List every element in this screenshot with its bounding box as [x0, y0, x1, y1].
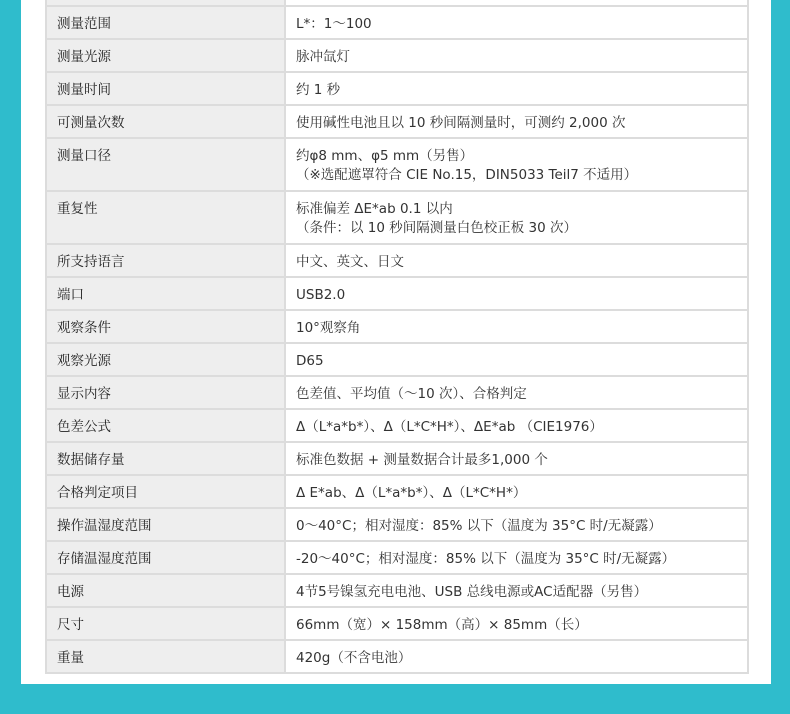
content-panel: 测量范围 L*：1～100 测量光源 脉冲氙灯 测量时间 约 1 秒 可测量次数… — [21, 0, 771, 684]
table-row: 合格判定项目 Δ E*ab、Δ（L*a*b*）、Δ（L*C*H*） — [46, 475, 748, 508]
table-row: 所支持语言 中文、英文、日文 — [46, 244, 748, 277]
spec-label: 测量范围 — [46, 6, 285, 39]
table-row: 可测量次数 使用碱性电池且以 10 秒间隔测量时，可测约 2,000 次 — [46, 105, 748, 138]
spec-value: -20～40°C；相对湿度：85% 以下（温度为 35°C 时/无凝露） — [285, 541, 748, 574]
spec-label: 测量时间 — [46, 72, 285, 105]
spec-value-text: 色差值、平均值（～10 次）、合格判定 — [296, 385, 737, 404]
spec-value: Δ（L*a*b*）、Δ（L*C*H*）、ΔE*ab （CIE1976） — [285, 409, 748, 442]
spec-value: 标准偏差 ΔE*ab 0.1 以内 （条件：以 10 秒间隔测量白色校正板 30… — [285, 191, 748, 244]
spec-value-text: Δ（L*a*b*）、Δ（L*C*H*）、ΔE*ab （CIE1976） — [296, 418, 737, 437]
spec-value: 4节5号镍氢充电电池、USB 总线电源或AC适配器（另售） — [285, 574, 748, 607]
table-row: 观察光源 D65 — [46, 343, 748, 376]
spec-label: 数据储存量 — [46, 442, 285, 475]
spec-value-text: Δ E*ab、Δ（L*a*b*）、Δ（L*C*H*） — [296, 484, 737, 503]
spec-label: 重复性 — [46, 191, 285, 244]
spec-value: 脉冲氙灯 — [285, 39, 748, 72]
spec-value: 420g（不含电池） — [285, 640, 748, 673]
spec-value-text: 4节5号镍氢充电电池、USB 总线电源或AC适配器（另售） — [296, 583, 737, 602]
spec-value-text: 约 1 秒 — [296, 81, 737, 100]
spec-label: 观察光源 — [46, 343, 285, 376]
spec-label: 操作温湿度范围 — [46, 508, 285, 541]
table-row: 端口 USB2.0 — [46, 277, 748, 310]
spec-label: 可测量次数 — [46, 105, 285, 138]
spec-value: 色差值、平均值（～10 次）、合格判定 — [285, 376, 748, 409]
table-row: 色差公式 Δ（L*a*b*）、Δ（L*C*H*）、ΔE*ab （CIE1976） — [46, 409, 748, 442]
spec-label: 所支持语言 — [46, 244, 285, 277]
spec-value-text: 0～40°C；相对湿度：85% 以下（温度为 35°C 时/无凝露） — [296, 517, 737, 536]
spec-value-text: D65 — [296, 352, 737, 371]
spec-value: 66mm（宽）× 158mm（高）× 85mm（长） — [285, 607, 748, 640]
spec-value-text: 10°观察角 — [296, 319, 737, 338]
spec-label: 端口 — [46, 277, 285, 310]
spec-value: 约 1 秒 — [285, 72, 748, 105]
spec-value: 0～40°C；相对湿度：85% 以下（温度为 35°C 时/无凝露） — [285, 508, 748, 541]
table-row: 重复性 标准偏差 ΔE*ab 0.1 以内 （条件：以 10 秒间隔测量白色校正… — [46, 191, 748, 244]
spec-label: 显示内容 — [46, 376, 285, 409]
spec-value: 约φ8 mm、φ5 mm（另售） （※选配遮罩符合 CIE No.15，DIN5… — [285, 138, 748, 191]
spec-value-text: 使用碱性电池且以 10 秒间隔测量时，可测约 2,000 次 — [296, 114, 737, 133]
spec-value-text: 标准色数据 + 测量数据合计最多1,000 个 — [296, 451, 737, 470]
spec-value-note: （※选配遮罩符合 CIE No.15，DIN5033 Teil7 不适用） — [296, 166, 737, 185]
table-row: 测量口径 约φ8 mm、φ5 mm（另售） （※选配遮罩符合 CIE No.15… — [46, 138, 748, 191]
spec-table: 测量范围 L*：1～100 测量光源 脉冲氙灯 测量时间 约 1 秒 可测量次数… — [45, 0, 749, 674]
spec-label: 测量光源 — [46, 39, 285, 72]
table-row: 测量光源 脉冲氙灯 — [46, 39, 748, 72]
table-row: 数据储存量 标准色数据 + 测量数据合计最多1,000 个 — [46, 442, 748, 475]
spec-value-text: -20～40°C；相对湿度：85% 以下（温度为 35°C 时/无凝露） — [296, 550, 737, 569]
spec-value-text: USB2.0 — [296, 286, 737, 305]
spec-label: 重量 — [46, 640, 285, 673]
table-row: 测量时间 约 1 秒 — [46, 72, 748, 105]
spec-label: 电源 — [46, 574, 285, 607]
spec-label: 合格判定项目 — [46, 475, 285, 508]
spec-value: L*：1～100 — [285, 6, 748, 39]
spec-value-text: 420g（不含电池） — [296, 649, 737, 668]
spec-value: 使用碱性电池且以 10 秒间隔测量时，可测约 2,000 次 — [285, 105, 748, 138]
spec-label: 测量口径 — [46, 138, 285, 191]
table-row: 操作温湿度范围 0～40°C；相对湿度：85% 以下（温度为 35°C 时/无凝… — [46, 508, 748, 541]
spec-value: 中文、英文、日文 — [285, 244, 748, 277]
spec-label: 尺寸 — [46, 607, 285, 640]
table-row: 显示内容 色差值、平均值（～10 次）、合格判定 — [46, 376, 748, 409]
spec-label: 观察条件 — [46, 310, 285, 343]
spec-value: 10°观察角 — [285, 310, 748, 343]
spec-value-text: 约φ8 mm、φ5 mm（另售） — [296, 147, 737, 166]
table-row: 观察条件 10°观察角 — [46, 310, 748, 343]
spec-value: 标准色数据 + 测量数据合计最多1,000 个 — [285, 442, 748, 475]
spec-value: USB2.0 — [285, 277, 748, 310]
spec-value-text: 中文、英文、日文 — [296, 253, 737, 272]
table-row: 重量 420g（不含电池） — [46, 640, 748, 673]
spec-value-text: 标准偏差 ΔE*ab 0.1 以内 — [296, 200, 737, 219]
spec-label: 存储温湿度范围 — [46, 541, 285, 574]
spec-label: 色差公式 — [46, 409, 285, 442]
table-row: 存储温湿度范围 -20～40°C；相对湿度：85% 以下（温度为 35°C 时/… — [46, 541, 748, 574]
spec-value: D65 — [285, 343, 748, 376]
table-row: 尺寸 66mm（宽）× 158mm（高）× 85mm（长） — [46, 607, 748, 640]
spec-value: Δ E*ab、Δ（L*a*b*）、Δ（L*C*H*） — [285, 475, 748, 508]
table-row: 测量范围 L*：1～100 — [46, 6, 748, 39]
spec-value-text: 脉冲氙灯 — [296, 48, 737, 67]
spec-value-text: 66mm（宽）× 158mm（高）× 85mm（长） — [296, 616, 737, 635]
spec-value-note: （条件：以 10 秒间隔测量白色校正板 30 次） — [296, 219, 737, 238]
spec-value-text: L*：1～100 — [296, 15, 737, 34]
table-row: 电源 4节5号镍氢充电电池、USB 总线电源或AC适配器（另售） — [46, 574, 748, 607]
